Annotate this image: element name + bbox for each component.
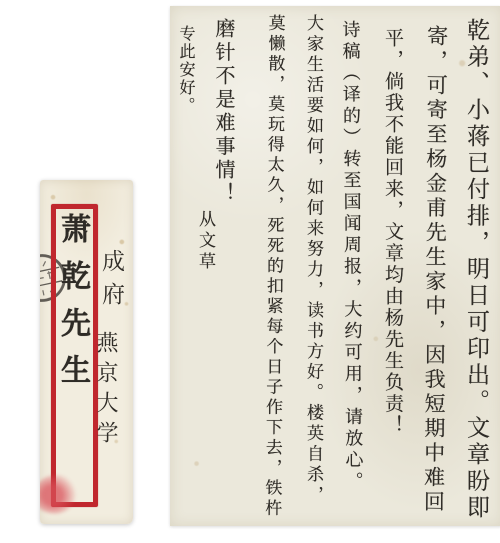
letter-column-4: 诗稿（译的）转至国闻周报，大约可用，请放心。 [340, 20, 361, 493]
letter-page: 乾弟、小蒋已付排，明日可印出。文章盼即 寄，可寄至杨金甫先生家中，因我短期中难回… [170, 6, 500, 526]
envelope-address-line-1: 成府 [99, 249, 122, 315]
envelope-recipient-name: 萧乾先生 [57, 213, 87, 401]
letter-column-2: 寄，可寄至杨金甫先生家中，因我短期中难回 [422, 25, 446, 515]
letter-column-5: 大家生活要如何，如何来努力，读书方好。楼英自杀， [304, 14, 321, 506]
letter-column-6: 莫懒散，莫玩得太久，死死的扣紧每个日子作下去，铁杵 [262, 14, 283, 519]
letter-column-7: 磨针不是难事情！ [214, 18, 234, 206]
photo-background: 萧乾先生 成府 燕京大学 乾弟、小蒋已付排，明日可印出。文章盼即 寄，可寄至杨金… [0, 0, 500, 543]
letter-column-3: 平，倘我不能回来，文章均由杨先生负责！ [383, 28, 402, 437]
envelope: 萧乾先生 成府 燕京大学 [40, 180, 133, 524]
envelope-address-line-2: 燕京大学 [94, 331, 116, 451]
letter-signature: 从文草 [196, 210, 213, 273]
letter-column-1: 乾弟、小蒋已付排，明日可印出。文章盼即 [464, 18, 487, 522]
letter-column-8: 专此安好。 [178, 25, 194, 115]
